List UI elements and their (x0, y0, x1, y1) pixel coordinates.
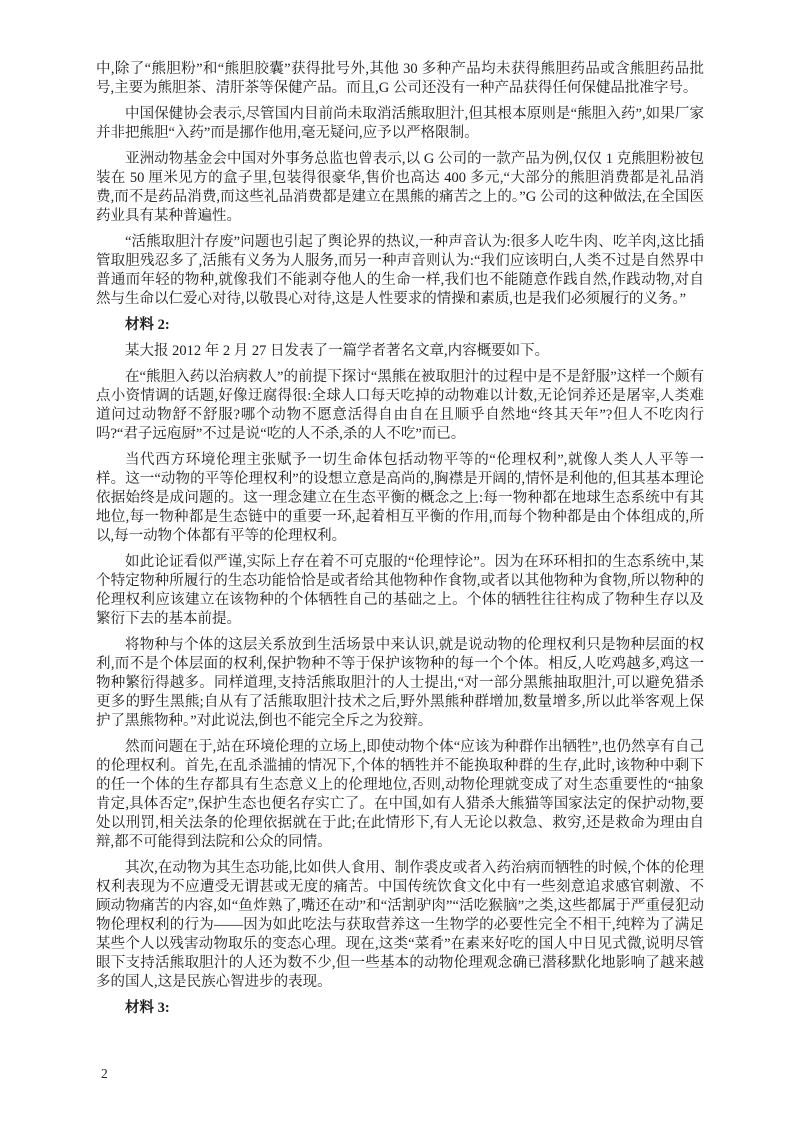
document-content: 中,除了“熊胆粉”和“熊胆胶囊”获得批号外,其他 30 多种产品均未获得熊胆药品… (96, 60, 704, 1025)
material-2-heading: 材料 2: (96, 316, 704, 335)
paragraph: 将物种与个体的这层关系放到生活场景中来认识,就是说动物的伦理权利只是物种层面的权… (96, 636, 704, 731)
document-page: 中,除了“熊胆粉”和“熊胆胶囊”获得批号外,其他 30 多种产品均未获得熊胆药品… (0, 0, 800, 1132)
paragraph: “活熊取胆汁存废”问题也引起了舆论界的热议,一种声音认为:很多人吃牛肉、吃羊肉,… (96, 233, 704, 309)
paragraph: 如此论证看似严谨,实际上存在着不可克服的“伦理悖论”。因为在环环相扣的生态系统中… (96, 553, 704, 629)
paragraph: 亚洲动物基金会中国对外事务总监也曾表示,以 G 公司的一款产品为例,仅仅 1 克… (96, 150, 704, 226)
material-3-heading: 材料 3: (96, 999, 704, 1018)
paragraph: 在“熊胆入药以治病救人”的前提下探讨“黑熊在被取胆汁的过程中是不是舒服”这样一个… (96, 368, 704, 444)
paragraph-continued: 中,除了“熊胆粉”和“熊胆胶囊”获得批号外,其他 30 多种产品均未获得熊胆药品… (96, 60, 704, 98)
paragraph: 其次,在动物为其生态功能,比如供人食用、制作裘皮或者入药治病而牺牲的时候,个体的… (96, 859, 704, 992)
paragraph: 某大报 2012 年 2 月 27 日发表了一篇学者著名文章,内容概要如下。 (96, 342, 704, 361)
paragraph: 然而问题在于,站在环境伦理的立场上,即使动物个体“应该为种群作出牺牲”,也仍然享… (96, 738, 704, 852)
paragraph: 中国保健协会表示,尽管国内目前尚未取消活熊取胆汁,但其根本原则是“熊胆入药”,如… (96, 105, 704, 143)
page-number: 2 (101, 1065, 108, 1083)
paragraph: 当代西方环境伦理主张赋予一切生命体包括动物平等的“伦理权利”,就像人类人人平等一… (96, 451, 704, 546)
